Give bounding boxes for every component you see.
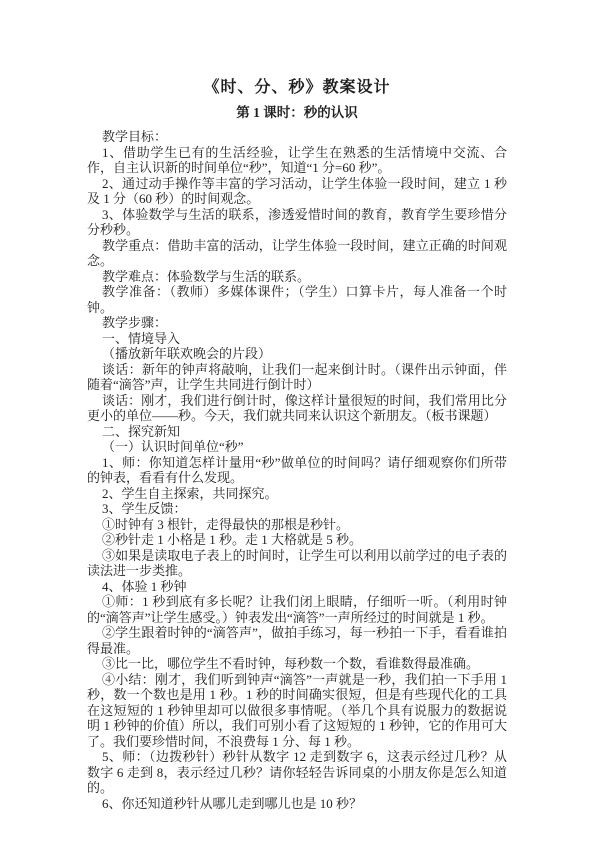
paragraph: 2、学生自主探索，共同探究。 [87,486,507,502]
paragraph: 5、师：（边拨秒针）秒针从数字 12 走到数字 6，这表示经过几秒？从数字 6 … [87,749,507,796]
paragraph: 2、通过动手操作等丰富的学习活动，让学生体验一段时间，建立 1 秒及 1 分（6… [87,176,507,207]
paragraph: 3、体验数学与生活的联系，渗透爱惜时间的教育，教育学生要珍惜分分秒秒。 [87,207,507,238]
paragraph: 3、学生反馈： [87,501,507,517]
paragraph: 教学目标： [87,129,507,145]
document-title: 《时、分、秒》教案设计 [87,78,507,97]
paragraph: ③如果是读取电子表上的时间时，让学生可以利用以前学过的电子表的读法进一步类推。 [87,548,507,579]
paragraph: （一）认识时间单位“秒” [87,439,507,455]
paragraph: 教学难点：体验数学与生活的联系。 [87,269,507,285]
paragraph: ①时钟有 3 根针，走得最快的那根是秒针。 [87,517,507,533]
paragraph: 1、借助学生已有的生活经验，让学生在熟悉的生活情境中交流、合作，自主认识新的时间… [87,145,507,176]
paragraph: 6、你还知道秒针从哪儿走到哪儿也是 10 秒？ [87,796,507,812]
paragraph: （播放新年联欢晚会的片段） [87,346,507,362]
document-page: 《时、分、秒》教案设计 第 1 课时：秒的认识 教学目标： 1、借助学生已有的生… [0,0,595,842]
paragraph: 二、探究新知 [87,424,507,440]
lesson-heading: 第 1 课时：秒的认识 [87,105,507,121]
paragraph: 教学步骤： [87,315,507,331]
paragraph: ④小结：刚才，我们听到钟声“滴答”一声就是一秒，我们拍一下手用 1 秒，数一个数… [87,672,507,750]
paragraph: ②学生跟着时钟的“滴答声”，做拍手练习，每一秒拍一下手，看看谁拍得最准。 [87,625,507,656]
paragraph: 谈话：新年的钟声将敲响，让我们一起来倒计时。（课件出示钟面，伴随着“滴答”声，让… [87,362,507,393]
paragraph: ①师：1 秒到底有多长呢？让我们闭上眼睛，仔细听一听。（利用时钟的“滴答声”让学… [87,594,507,625]
paragraph: 教学准备：（教师）多媒体课件；（学生）口算卡片，每人准备一个时钟。 [87,284,507,315]
document-body: 教学目标： 1、借助学生已有的生活经验，让学生在熟悉的生活情境中交流、合作，自主… [87,129,507,811]
paragraph: ②秒针走 1 小格是 1 秒。走 1 大格就是 5 秒。 [87,532,507,548]
paragraph: 谈话：刚才，我们进行倒计时，像这样计量很短的时间，我们常用比分更小的单位——秒。… [87,393,507,424]
paragraph: ③比一比，哪位学生不看时钟，每秒数一个数，看谁数得最准确。 [87,656,507,672]
paragraph: 1、师：你知道怎样计量用“秒”做单位的时间吗？请仔细观察你们所带的钟表，看看有什… [87,455,507,486]
paragraph: 4、体验 1 秒钟 [87,579,507,595]
paragraph: 教学重点：借助丰富的活动，让学生体验一段时间，建立正确的时间观念。 [87,238,507,269]
paragraph: 一、情境导入 [87,331,507,347]
